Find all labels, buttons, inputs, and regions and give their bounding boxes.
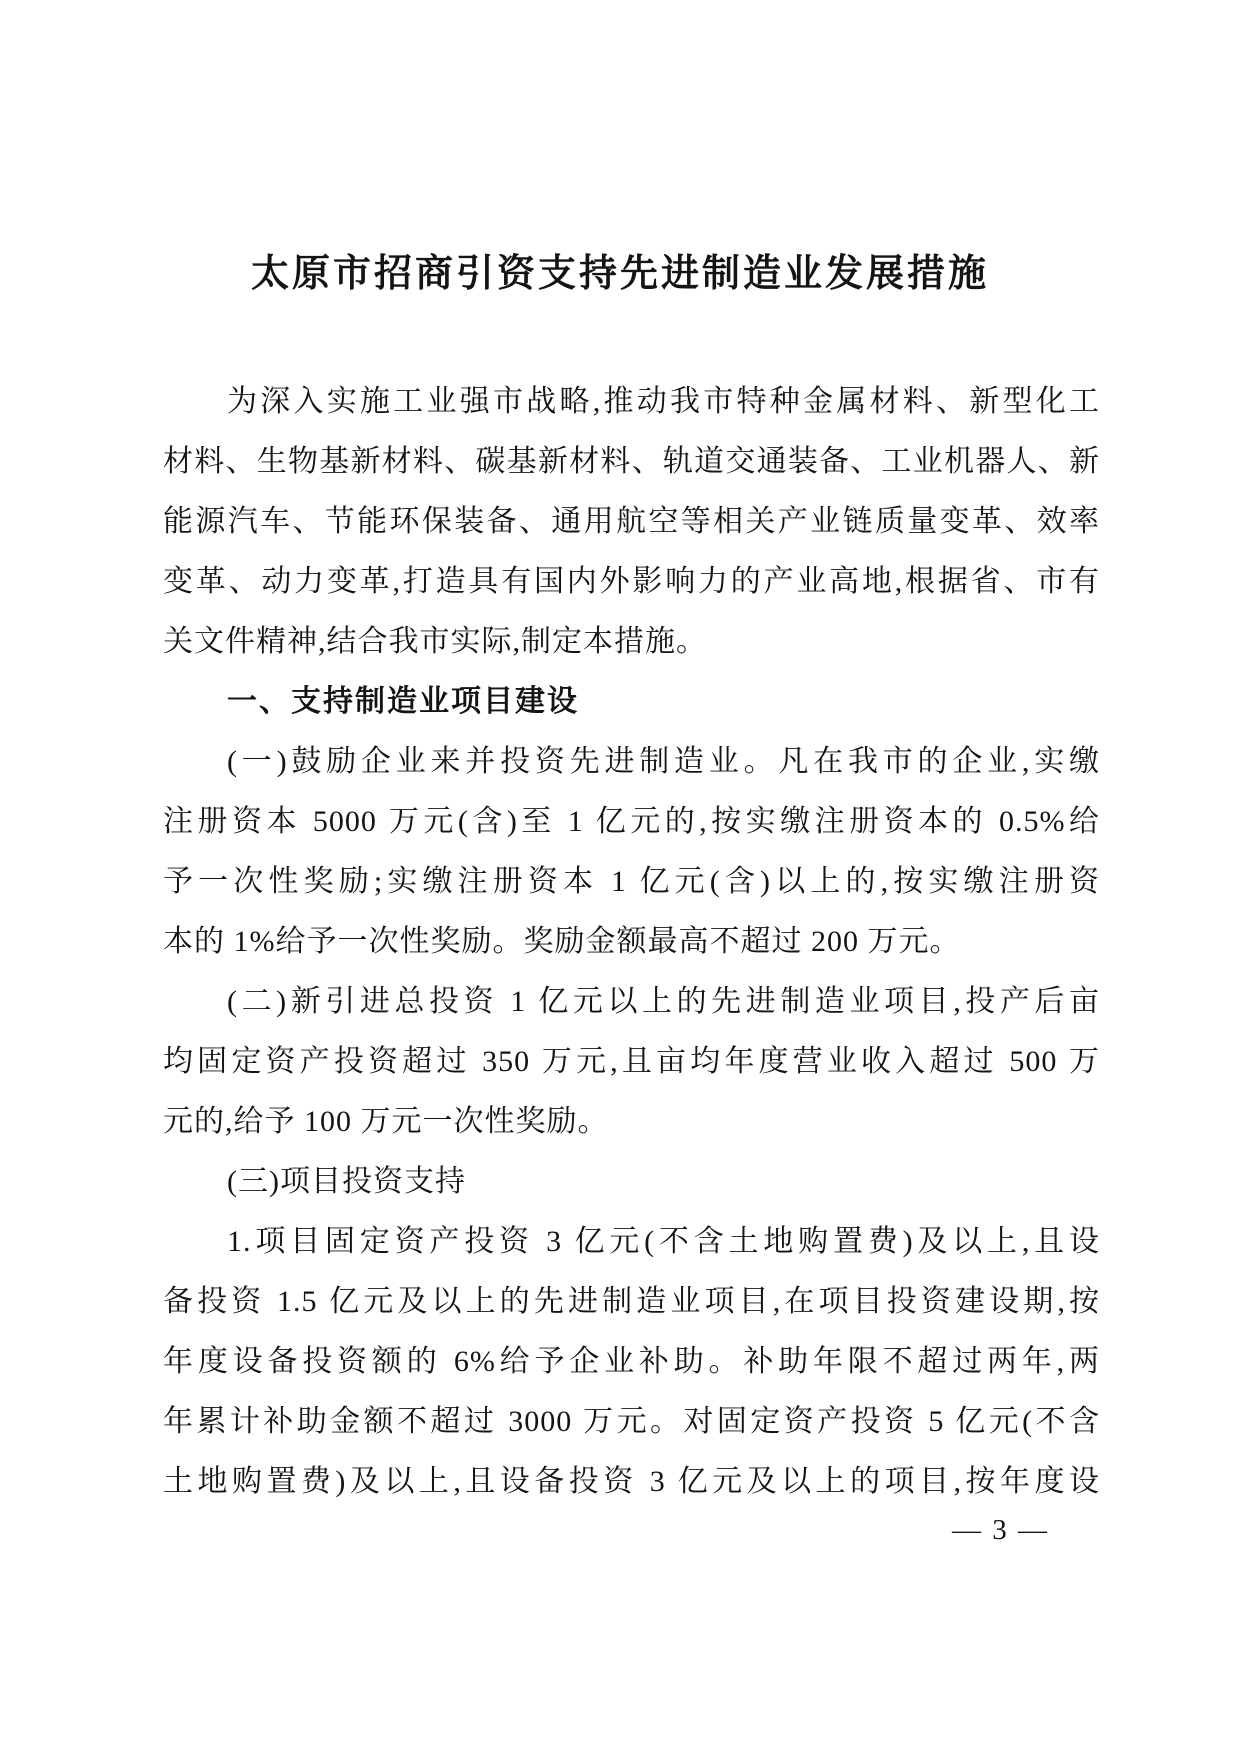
- text-line: 年度设备投资额的 6%给予企业补助。补助年限不超过两年,两: [163, 1332, 1100, 1392]
- text-line: (一)鼓励企业来并投资先进制造业。凡在我市的企业,实缴: [163, 732, 1100, 792]
- text-line: 1.项目固定资产投资 3 亿元(不含土地购置费)及以上,且设: [163, 1212, 1100, 1272]
- text-line: 年累计补助金额不超过 3000 万元。对固定资产投资 5 亿元(不含: [163, 1392, 1100, 1452]
- text-line: 备投资 1.5 亿元及以上的先进制造业项目,在项目投资建设期,按: [163, 1272, 1100, 1332]
- text-line: 材料、生物基新材料、碳基新材料、轨道交通装备、工业机器人、新: [163, 432, 1100, 492]
- text-line: 元的,给予 100 万元一次性奖励。: [163, 1092, 1100, 1152]
- text-line: 土地购置费)及以上,且设备投资 3 亿元及以上的项目,按年度设: [163, 1452, 1100, 1512]
- text-line: 变革、动力变革,打造具有国内外影响力的产业高地,根据省、市有: [163, 552, 1100, 612]
- text-line: 予一次性奖励;实缴注册资本 1 亿元(含)以上的,按实缴注册资: [163, 852, 1100, 912]
- document-title: 太原市招商引资支持先进制造业发展措施: [0, 250, 1240, 298]
- document-body: 为深入实施工业强市战略,推动我市特种金属材料、新型化工材料、生物基新材料、碳基新…: [163, 372, 1100, 1512]
- document-page: 太原市招商引资支持先进制造业发展措施 为深入实施工业强市战略,推动我市特种金属材…: [0, 0, 1240, 1754]
- text-line: 能源汽车、节能环保装备、通用航空等相关产业链质量变革、效率: [163, 492, 1100, 552]
- text-line: (三)项目投资支持: [163, 1152, 1100, 1212]
- text-line: 一、支持制造业项目建设: [163, 672, 1100, 732]
- text-line: 关文件精神,结合我市实际,制定本措施。: [163, 612, 1100, 672]
- text-line: 本的 1%给予一次性奖励。奖励金额最高不超过 200 万元。: [163, 912, 1100, 972]
- text-line: 注册资本 5000 万元(含)至 1 亿元的,按实缴注册资本的 0.5%给: [163, 792, 1100, 852]
- page-number: — 3 —: [952, 1512, 1049, 1548]
- text-line: (二)新引进总投资 1 亿元以上的先进制造业项目,投产后亩: [163, 972, 1100, 1032]
- text-line: 为深入实施工业强市战略,推动我市特种金属材料、新型化工: [163, 372, 1100, 432]
- text-line: 均固定资产投资超过 350 万元,且亩均年度营业收入超过 500 万: [163, 1032, 1100, 1092]
